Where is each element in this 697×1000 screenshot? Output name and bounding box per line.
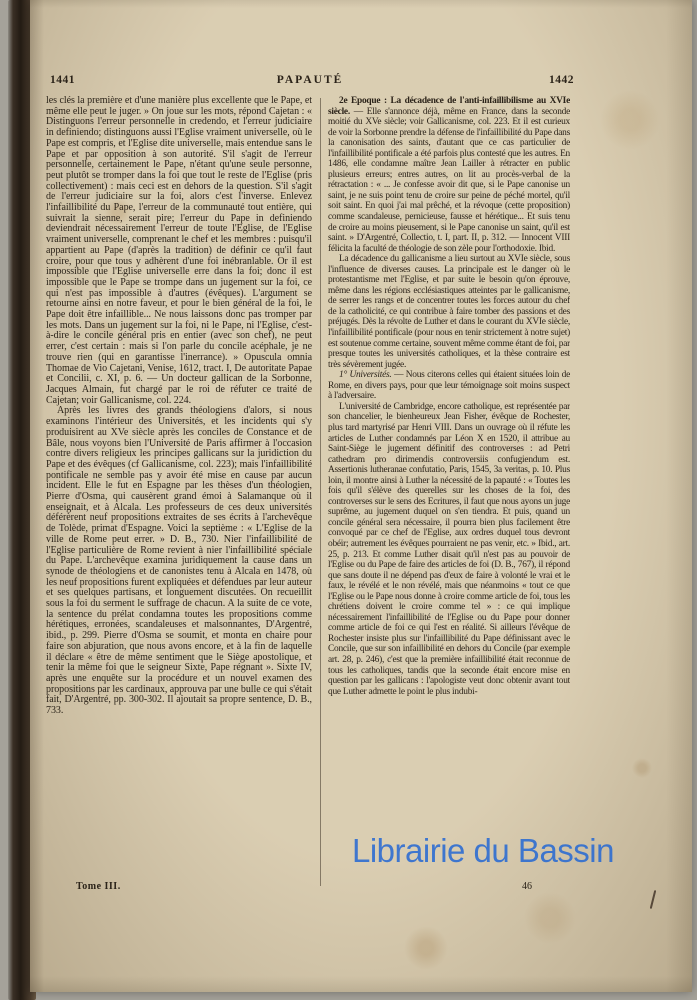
- scanned-book-photo: 1441 PAPAUTÉ 1442 les clés la première e…: [0, 0, 697, 1000]
- page-title: PAPAUTÉ: [46, 74, 574, 86]
- column-divider: [320, 98, 321, 886]
- pen-mark: [650, 890, 657, 909]
- paragraph-universites: 1° Universités. — Nous citerons celles q…: [328, 370, 570, 402]
- paragraph-epoque-2: 2e Epoque : La décadence de l'anti-infai…: [328, 96, 570, 254]
- tome-signature: Tome III.: [76, 881, 121, 892]
- paragraph-lead-italic: 1° Universités.: [339, 370, 392, 380]
- page-header: 1441 PAPAUTÉ 1442: [46, 74, 574, 90]
- paragraph: L'université de Cambridge, encore cathol…: [328, 402, 570, 697]
- librairie-watermark: Librairie du Bassin: [352, 836, 697, 866]
- page-number-right: 1442: [549, 74, 574, 86]
- right-column: 2e Epoque : La décadence de l'anti-infai…: [328, 96, 570, 890]
- left-column: les clés la première et d'une manière pl…: [46, 96, 312, 890]
- text-block: les clés la première et d'une manière pl…: [46, 96, 570, 890]
- paragraph-continuation: les clés la première et d'une manière pl…: [46, 96, 312, 406]
- paragraph-text: — Elle s'annonce déjà, même en France, d…: [328, 107, 570, 254]
- paragraph: Après les livres des grands théologiens …: [46, 406, 312, 716]
- sheet-signature-number: 46: [522, 881, 532, 892]
- book-page: 1441 PAPAUTÉ 1442 les clés la première e…: [30, 0, 692, 992]
- paragraph: La décadence du gallicanisme a lieu surt…: [328, 254, 570, 370]
